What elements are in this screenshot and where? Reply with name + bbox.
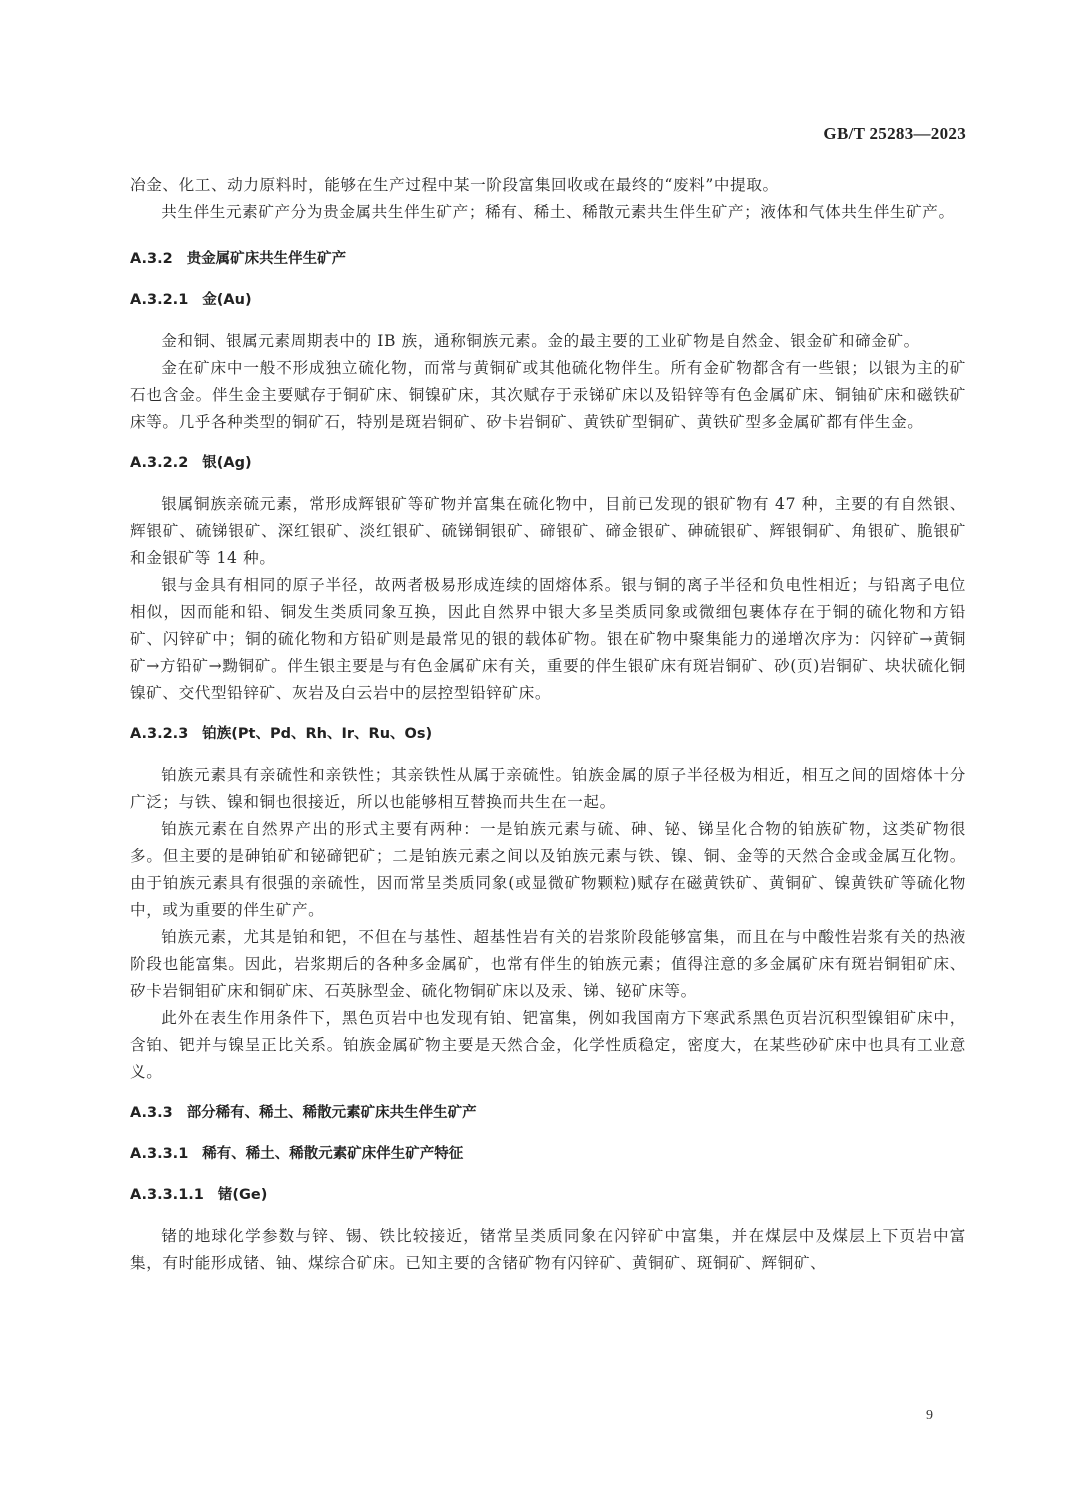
section-title: 稀有、稀土、稀散元素矿床伴生矿产特征 — [202, 1146, 463, 1162]
standard-code-header: GB/T 25283—2023 — [823, 124, 966, 144]
section-number: A.3.2.3 — [130, 721, 188, 748]
section-heading-a32: A.3.2贵金属矿床共生伴生矿产 — [130, 246, 966, 273]
section-number: A.3.2 — [130, 246, 173, 273]
section-number: A.3.3.1.1 — [130, 1182, 204, 1209]
section-number: A.3.2.1 — [130, 287, 188, 314]
page-body: 冶金、化工、动力原料时，能够在生产过程中某一阶段富集回收或在最终的“废料”中提取… — [130, 172, 966, 1277]
paragraph-silver-1: 银属铜族亲硫元素，常形成辉银矿等矿物并富集在硫化物中，目前已发现的银矿物有 47… — [130, 491, 966, 572]
section-title: 锗(Ge) — [218, 1187, 268, 1203]
section-title: 银(Ag) — [202, 455, 251, 471]
section-number: A.3.2.2 — [130, 450, 188, 477]
paragraph-continued: 冶金、化工、动力原料时，能够在生产过程中某一阶段富集回收或在最终的“废料”中提取… — [130, 172, 966, 199]
section-heading-a33: A.3.3部分稀有、稀土、稀散元素矿床共生伴生矿产 — [130, 1100, 966, 1127]
section-title: 铂族(Pt、Pd、Rh、Ir、Ru、Os) — [202, 726, 432, 742]
paragraph-gold-1: 金和铜、银属元素周期表中的 IB 族，通称铜族元素。金的最主要的工业矿物是自然金… — [130, 328, 966, 355]
section-heading-a322: A.3.2.2银(Ag) — [130, 450, 966, 477]
paragraph-platinum-3: 铂族元素，尤其是铂和钯，不但在与基性、超基性岩有关的岩浆阶段能够富集，而且在与中… — [130, 924, 966, 1005]
section-title: 贵金属矿床共生伴生矿产 — [187, 251, 347, 267]
page-number: 9 — [926, 1408, 933, 1424]
section-heading-a331: A.3.3.1稀有、稀土、稀散元素矿床伴生矿产特征 — [130, 1141, 966, 1168]
section-number: A.3.3 — [130, 1100, 173, 1127]
section-heading-a321: A.3.2.1金(Au) — [130, 287, 966, 314]
paragraph-platinum-2: 铂族元素在自然界产出的形式主要有两种：一是铂族元素与硫、砷、铋、锑呈化合物的铂族… — [130, 816, 966, 924]
paragraph-gold-2: 金在矿床中一般不形成独立硫化物，而常与黄铜矿或其他硫化物伴生。所有金矿物都含有一… — [130, 355, 966, 436]
section-number: A.3.3.1 — [130, 1141, 188, 1168]
paragraph-silver-2: 银与金具有相同的原子半径，故两者极易形成连续的固熔体系。银与铜的离子半径和负电性… — [130, 572, 966, 707]
paragraph-classification: 共生伴生元素矿产分为贵金属共生伴生矿产；稀有、稀土、稀散元素共生伴生矿产；液体和… — [130, 199, 966, 226]
paragraph-germanium-1: 锗的地球化学参数与锌、锡、铁比较接近，锗常呈类质同象在闪锌矿中富集，并在煤层中及… — [130, 1223, 966, 1277]
section-title: 金(Au) — [202, 292, 251, 308]
section-title: 部分稀有、稀土、稀散元素矿床共生伴生矿产 — [187, 1105, 477, 1121]
section-heading-a3311: A.3.3.1.1锗(Ge) — [130, 1182, 966, 1209]
paragraph-platinum-1: 铂族元素具有亲硫性和亲铁性；其亲铁性从属于亲硫性。铂族金属的原子半径极为相近，相… — [130, 762, 966, 816]
section-heading-a323: A.3.2.3铂族(Pt、Pd、Rh、Ir、Ru、Os) — [130, 721, 966, 748]
paragraph-platinum-4: 此外在表生作用条件下，黑色页岩中也发现有铂、钯富集，例如我国南方下寒武系黑色页岩… — [130, 1005, 966, 1086]
